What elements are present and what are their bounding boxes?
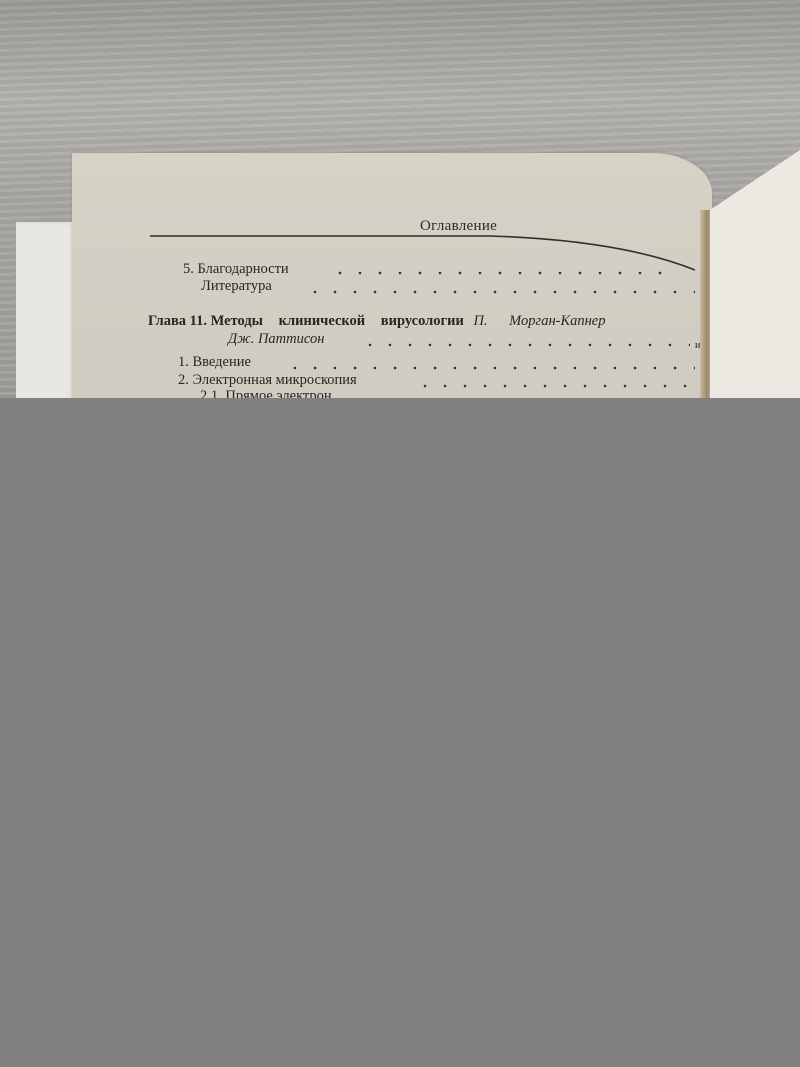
entry-title: Литература (201, 278, 272, 294)
leader-dots (360, 343, 690, 347)
running-head: Оглавление (420, 218, 497, 235)
toc-entry: Литература (201, 278, 272, 295)
entry-title: Введение (193, 354, 251, 370)
toc-entry: 5. Благодарности (183, 261, 289, 278)
author-conjunction: и (695, 340, 700, 351)
book-right-page (710, 150, 800, 400)
gray-occlusion-block (0, 398, 800, 1067)
chapter-authors-2: Дж. Паттисон (228, 331, 324, 348)
leader-dots (305, 290, 695, 294)
entry-number: 1. (178, 354, 189, 370)
chapter-title: Методы клинической вирусологии (211, 313, 464, 329)
photo-background: Оглавление 5. Благодарности Литература Г… (0, 0, 800, 400)
entry-title: Электронная микроскопия (193, 372, 357, 388)
book-page (72, 153, 712, 400)
leader-dots (330, 271, 670, 275)
chapter-heading: Глава 11. Методы клинической вирусологии… (148, 313, 606, 330)
leader-dots (285, 366, 695, 370)
chapter-label: Глава 11. (148, 313, 207, 329)
entry-title: Благодарности (198, 261, 289, 277)
underlying-page-left (16, 222, 76, 400)
entry-number: 2. (178, 372, 189, 388)
toc-entry: 1. Введение (178, 354, 251, 371)
leader-dots (415, 384, 695, 388)
toc-entry: 2. Электронная микроскопия (178, 372, 357, 389)
chapter-authors: П. Морган-Капнер (473, 313, 605, 329)
entry-number: 5. (183, 261, 194, 278)
